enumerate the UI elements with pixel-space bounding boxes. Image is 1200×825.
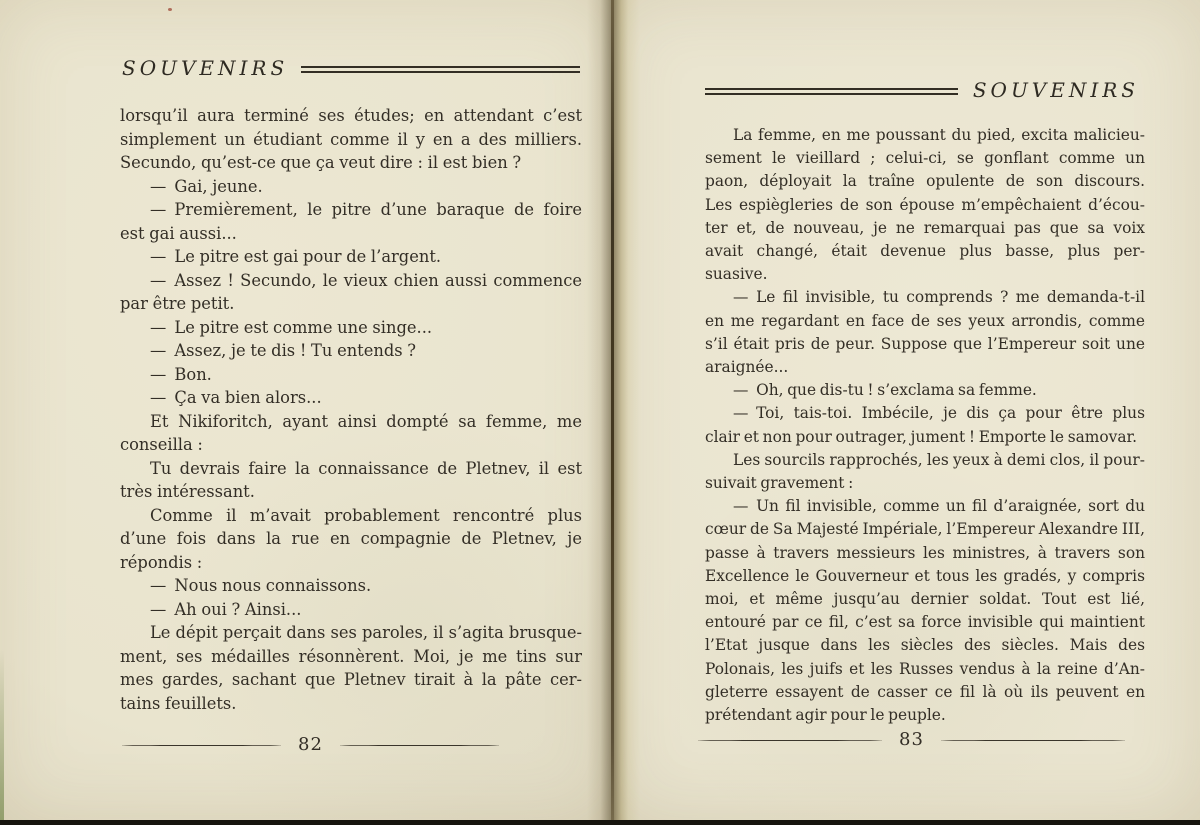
- text-line: en me regardant en face de ses yeux arro…: [705, 310, 1145, 333]
- text-line: Le dépit perçait dans ses paroles, il s’…: [120, 621, 582, 645]
- text-line: — Le pitre est gai pour de l’argent.: [120, 245, 582, 269]
- text-line: Comme il m’avait probablement rencontré …: [120, 504, 582, 528]
- text-line: Les sourcils rapprochés, les yeux à demi…: [705, 449, 1145, 472]
- text-line: — Oh, que dis-tu ! s’exclama sa femme.: [705, 379, 1145, 402]
- text-line: moi, et même jusqu’au dernier soldat. To…: [705, 588, 1145, 611]
- running-head-title: SOUVENIRS: [122, 56, 288, 80]
- text-line: Polonais, les juifs et les Russes vendus…: [705, 658, 1145, 681]
- page-left: SOUVENIRS lorsqu’il aura terminé ses étu…: [0, 0, 611, 820]
- page-right-footer: 83: [698, 731, 1125, 749]
- text-line: tains feuillets.: [120, 692, 582, 716]
- text-line: s’il était pris de peur. Suppose que l’E…: [705, 333, 1145, 356]
- text-line: Tu devrais faire la connaissance de Plet…: [120, 457, 582, 481]
- text-line: — Toi, tais-toi. Imbécile, je dis ça pou…: [705, 402, 1145, 425]
- text-line: araignée...: [705, 356, 1145, 379]
- text-line: passe à travers messieurs les ministres,…: [705, 542, 1145, 565]
- text-line: est gai aussi...: [120, 222, 582, 246]
- text-line: lorsqu’il aura terminé ses études; en at…: [120, 104, 582, 128]
- text-line: cœur de Sa Majesté Impériale, l’Empereur…: [705, 518, 1145, 541]
- text-line: — Le pitre est comme une singe...: [120, 316, 582, 340]
- footer-rule: [340, 745, 499, 746]
- text-line: Secundo, qu’est-ce que ça veut dire : il…: [120, 151, 582, 175]
- text-line: clair et non pour outrager, jument ! Emp…: [705, 426, 1145, 449]
- text-line: par être petit.: [120, 292, 582, 316]
- page-number: 82: [298, 736, 323, 754]
- text-line: — Assez ! Secundo, le vieux chien aussi …: [120, 269, 582, 293]
- text-line: — Ça va bien alors...: [120, 386, 582, 410]
- text-line: sement le vieillard ; celui-ci, se gonfl…: [705, 147, 1145, 170]
- text-line: paon, déployait la traîne opulente de so…: [705, 170, 1145, 193]
- text-line: mes gardes, sachant que Pletnev tirait à…: [120, 668, 582, 692]
- page-left-text: lorsqu’il aura terminé ses études; en at…: [120, 104, 582, 716]
- header-double-rule: [705, 88, 958, 95]
- text-line: Les espiègleries de son épouse m’empêcha…: [705, 194, 1145, 217]
- footer-rule: [122, 745, 281, 746]
- page-right-text: La femme, en me poussant du pied, excita…: [705, 124, 1145, 728]
- text-line: — Bon.: [120, 363, 582, 387]
- text-line: très intéressant.: [120, 480, 582, 504]
- text-line: d’une fois dans la rue en compagnie de P…: [120, 527, 582, 551]
- text-line: — Premièrement, le pitre d’une baraque d…: [120, 198, 582, 222]
- text-line: suasive.: [705, 263, 1145, 286]
- page-number: 83: [899, 731, 924, 749]
- text-line: — Gai, jeune.: [120, 175, 582, 199]
- text-line: — Le fil invisible, tu comprends ? me de…: [705, 286, 1145, 309]
- text-line: l’Etat jusque dans les siècles des siècl…: [705, 634, 1145, 657]
- running-head-right: SOUVENIRS: [705, 78, 1139, 102]
- text-line: ment, ses médailles résonnèrent. Moi, je…: [120, 645, 582, 669]
- book-spread: SOUVENIRS lorsqu’il aura terminé ses étu…: [0, 0, 1200, 820]
- footer-rule: [698, 740, 882, 741]
- text-line: conseilla :: [120, 433, 582, 457]
- text-line: entouré par ce fil, c’est sa force invis…: [705, 611, 1145, 634]
- running-head-left: SOUVENIRS: [122, 56, 580, 80]
- paper-speck: [168, 8, 172, 11]
- page-left-footer: 82: [122, 736, 499, 754]
- text-line: ter et, de nouveau, je ne remarquai pas …: [705, 217, 1145, 240]
- header-double-rule: [301, 66, 580, 73]
- text-line: avait changé, était devenue plus basse, …: [705, 240, 1145, 263]
- text-line: — Nous nous connaissons.: [120, 574, 582, 598]
- text-line: — Assez, je te dis ! Tu entends ?: [120, 339, 582, 363]
- text-line: prétendant agir pour le peuple.: [705, 704, 1145, 727]
- footer-rule: [941, 740, 1125, 741]
- text-line: — Ah oui ? Ainsi...: [120, 598, 582, 622]
- text-line: — Un fil invisible, comme un fil d’araig…: [705, 495, 1145, 518]
- text-line: Et Nikiforitch, ayant ainsi dompté sa fe…: [120, 410, 582, 434]
- page-right: SOUVENIRS La femme, en me poussant du pi…: [614, 0, 1200, 820]
- text-line: simplement un étudiant comme il y en a d…: [120, 128, 582, 152]
- book-edge-highlight: [0, 650, 4, 820]
- text-line: suivait gravement :: [705, 472, 1145, 495]
- text-line: répondis :: [120, 551, 582, 575]
- text-line: La femme, en me poussant du pied, excita…: [705, 124, 1145, 147]
- text-line: gleterre essayent de casser ce fil là où…: [705, 681, 1145, 704]
- running-head-title: SOUVENIRS: [973, 78, 1139, 102]
- text-line: Excellence le Gouverneur et tous les gra…: [705, 565, 1145, 588]
